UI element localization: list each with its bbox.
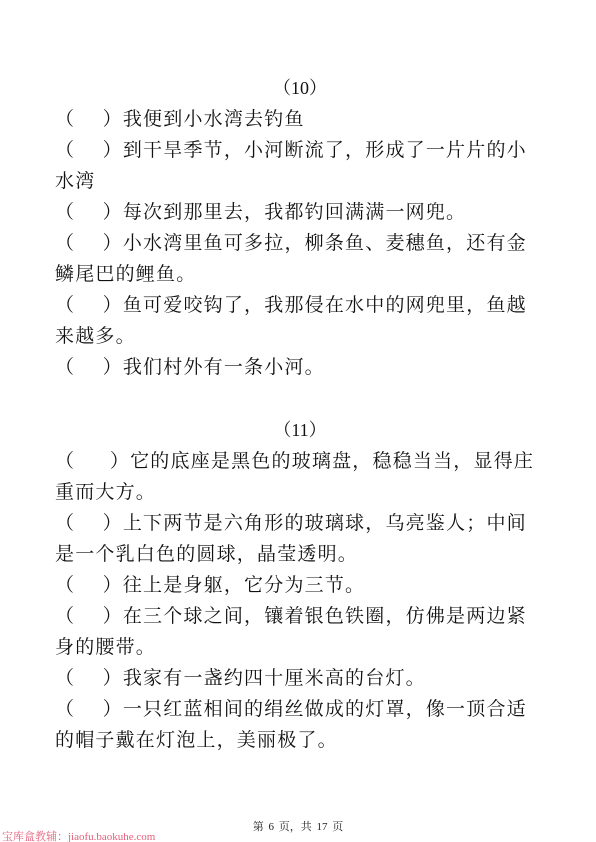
list-item: （ ）上下两节是六角形的玻璃球，乌亮鉴人；中间是一个乳白色的圆球，晶莹透明。 xyxy=(55,508,545,570)
exercise-section-11: （11） （ ）它的底座是黑色的玻璃盘，稳稳当当，显得庄重而大方。 （ ）上下两… xyxy=(55,415,545,756)
sentence-text: 每次到那里去，我都钓回满满一网兜。 xyxy=(123,201,466,223)
section-title: （11） xyxy=(55,415,545,446)
answer-blank: （ ） xyxy=(55,228,123,259)
answer-blank: （ ） xyxy=(55,508,123,539)
sentence-text: 我家有一盏约四十厘米高的台灯。 xyxy=(123,667,426,689)
answer-blank: （ ） xyxy=(55,352,123,383)
sentence-text: 往上是身躯，它分为三节。 xyxy=(123,574,365,596)
sentence-text: 我们村外有一条小河。 xyxy=(123,356,325,378)
list-item: （ ）到干旱季节，小河断流了，形成了一片片的小水湾 xyxy=(55,135,545,197)
sentence-text: 到干旱季节，小河断流了，形成了一片片的小水湾 xyxy=(55,139,527,192)
list-item: （ ）一只红蓝相间的绢丝做成的灯罩，像一顶合适的帽子戴在灯泡上，美丽极了。 xyxy=(55,694,545,756)
list-item: （ ）我家有一盏约四十厘米高的台灯。 xyxy=(55,663,545,694)
answer-blank: （ ） xyxy=(55,663,123,694)
list-item: （ ）鱼可爱咬钩了，我那侵在水中的网兜里，鱼越来越多。 xyxy=(55,290,545,352)
answer-blank: （ ） xyxy=(55,135,123,166)
document-page: （10） （ ）我便到小水湾去钓鱼 （ ）到干旱季节，小河断流了，形成了一片片的… xyxy=(0,0,596,842)
sentence-text: 鱼可爱咬钩了，我那侵在水中的网兜里，鱼越来越多。 xyxy=(55,294,527,347)
list-item: （ ）它的底座是黑色的玻璃盘，稳稳当当，显得庄重而大方。 xyxy=(55,446,545,508)
section-title: （10） xyxy=(55,73,545,104)
answer-blank: （ ） xyxy=(55,104,123,135)
watermark-link[interactable]: 宝库盒教辅：jiaofu.baokuhe.com xyxy=(2,828,155,842)
sentence-text: 我便到小水湾去钓鱼 xyxy=(123,108,305,130)
list-item: （ ）小水湾里鱼可多拉，柳条鱼、麦穗鱼，还有金鳞尾巴的鲤鱼。 xyxy=(55,228,545,290)
exercise-section-10: （10） （ ）我便到小水湾去钓鱼 （ ）到干旱季节，小河断流了，形成了一片片的… xyxy=(55,73,545,383)
list-item: （ ）我便到小水湾去钓鱼 xyxy=(55,104,545,135)
answer-blank: （ ） xyxy=(55,601,123,632)
list-item: （ ）每次到那里去，我都钓回满满一网兜。 xyxy=(55,197,545,228)
answer-blank: （ ） xyxy=(55,570,123,601)
list-item: （ ）我们村外有一条小河。 xyxy=(55,352,545,383)
sentence-text: 一只红蓝相间的绢丝做成的灯罩，像一顶合适的帽子戴在灯泡上，美丽极了。 xyxy=(55,698,527,751)
answer-blank: （ ） xyxy=(55,446,130,477)
answer-blank: （ ） xyxy=(55,694,123,725)
answer-blank: （ ） xyxy=(55,290,123,321)
sentence-text: 小水湾里鱼可多拉，柳条鱼、麦穗鱼，还有金鳞尾巴的鲤鱼。 xyxy=(55,232,527,285)
sentence-text: 在三个球之间，镶着银色铁圈，仿佛是两边紧身的腰带。 xyxy=(55,605,527,658)
list-item: （ ）在三个球之间，镶着银色铁圈，仿佛是两边紧身的腰带。 xyxy=(55,601,545,663)
answer-blank: （ ） xyxy=(55,197,123,228)
sentence-text: 上下两节是六角形的玻璃球，乌亮鉴人；中间是一个乳白色的圆球，晶莹透明。 xyxy=(55,512,527,565)
list-item: （ ）往上是身躯，它分为三节。 xyxy=(55,570,545,601)
